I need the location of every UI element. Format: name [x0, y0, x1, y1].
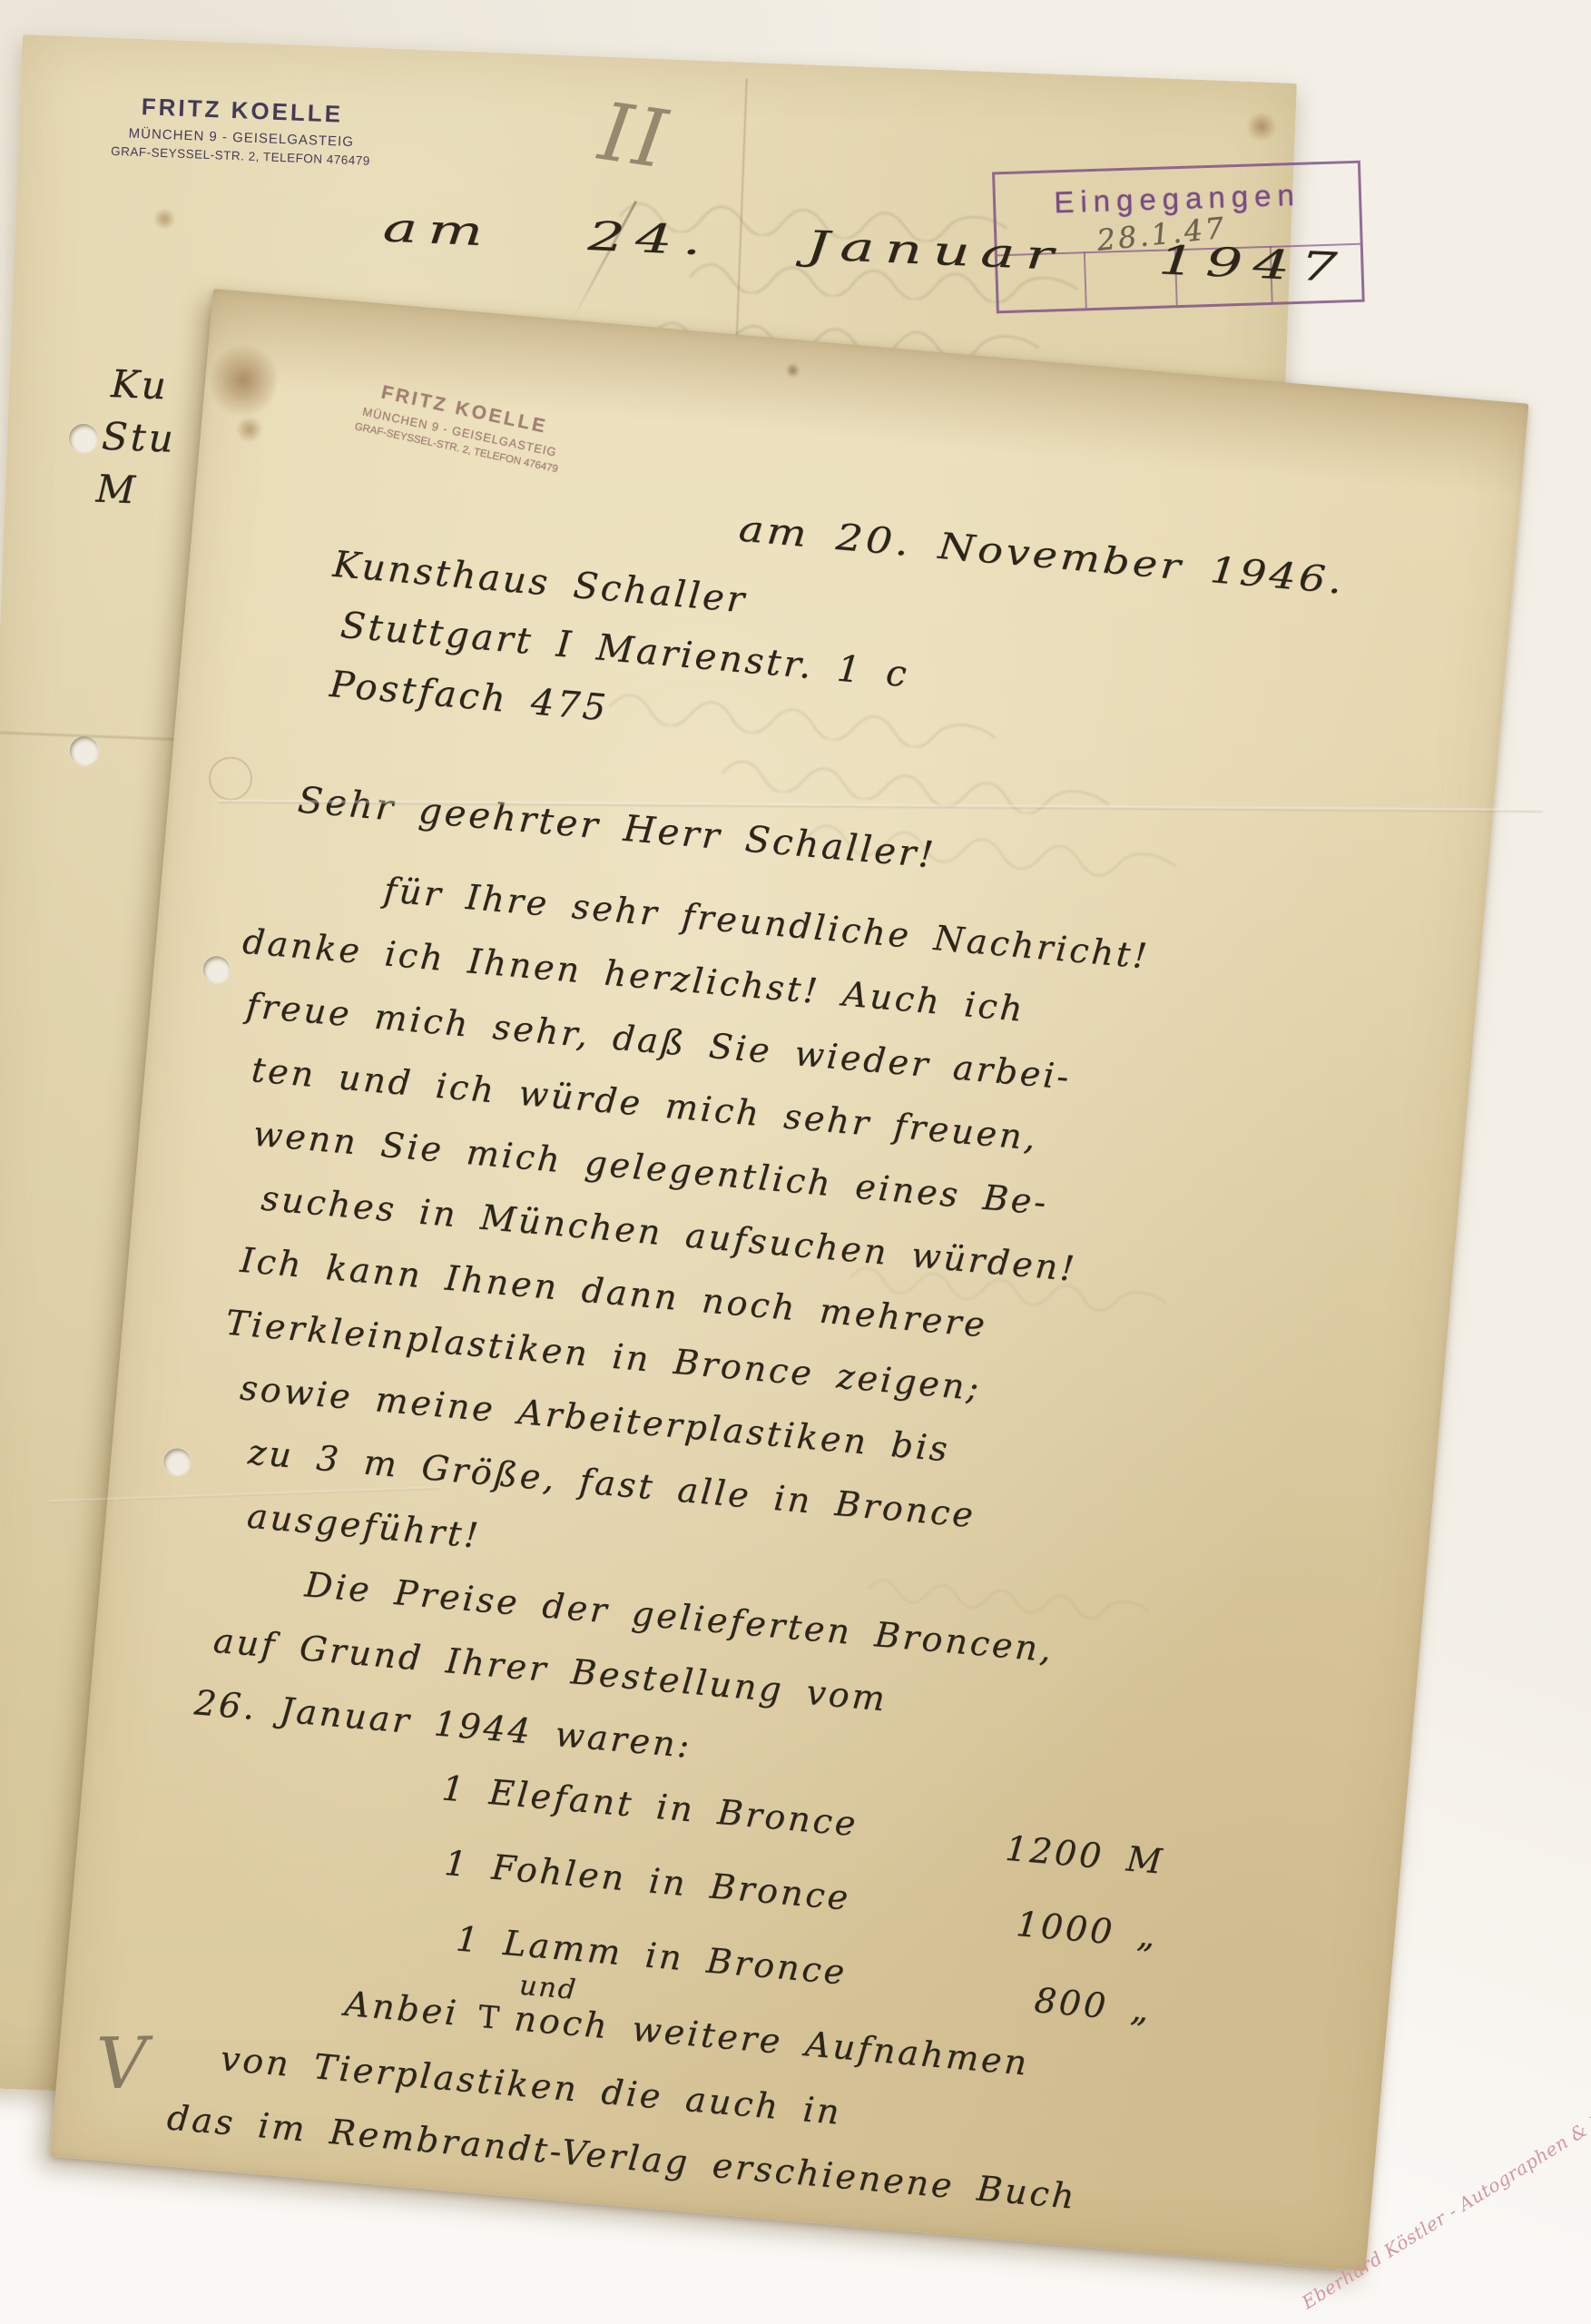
- punch-hole: [162, 1447, 192, 1477]
- hidden-line-fragment: Stu: [101, 414, 177, 461]
- insertion-caret: T: [476, 1985, 505, 2051]
- front-letter-sheet: FRITZ KOELLE MÜNCHEN 9 - GEISELGASTEIG G…: [50, 289, 1528, 2271]
- embossed-hole-ring: [207, 755, 254, 803]
- hidden-line-fragment: Ku: [110, 361, 169, 408]
- hidden-line-fragment: M: [95, 466, 139, 512]
- photographed-letters: FRITZ KOELLE MÜNCHEN 9 - GEISELGASTEIG G…: [0, 0, 1591, 2324]
- paper-stain: [1245, 113, 1279, 141]
- paper-stain: [234, 415, 264, 445]
- paper-stain: [152, 209, 178, 230]
- page-number-pencil-mark: II: [594, 84, 674, 187]
- letterhead-name: FRITZ KOELLE: [96, 90, 388, 131]
- price-value: 1000 „: [1014, 1881, 1162, 1967]
- ghost-writing: [644, 744, 1190, 828]
- punch-hole: [69, 736, 99, 766]
- price-value: 800 „: [1032, 1957, 1155, 2042]
- letter-body: für Ihre sehr freundliche Nachricht! dan…: [137, 846, 1300, 2239]
- line-text: Anbei: [343, 1984, 460, 2033]
- punch-hole: [201, 955, 231, 985]
- ghost-writing: [802, 814, 1185, 883]
- price-value: 1200 M: [1003, 1806, 1168, 1894]
- letterhead-back: FRITZ KOELLE MÜNCHEN 9 - GEISELGASTEIG G…: [95, 90, 388, 170]
- punch-hole: [68, 423, 98, 453]
- check-mark-pencil: V: [95, 2023, 151, 2105]
- inserted-word: und: [516, 1955, 580, 2023]
